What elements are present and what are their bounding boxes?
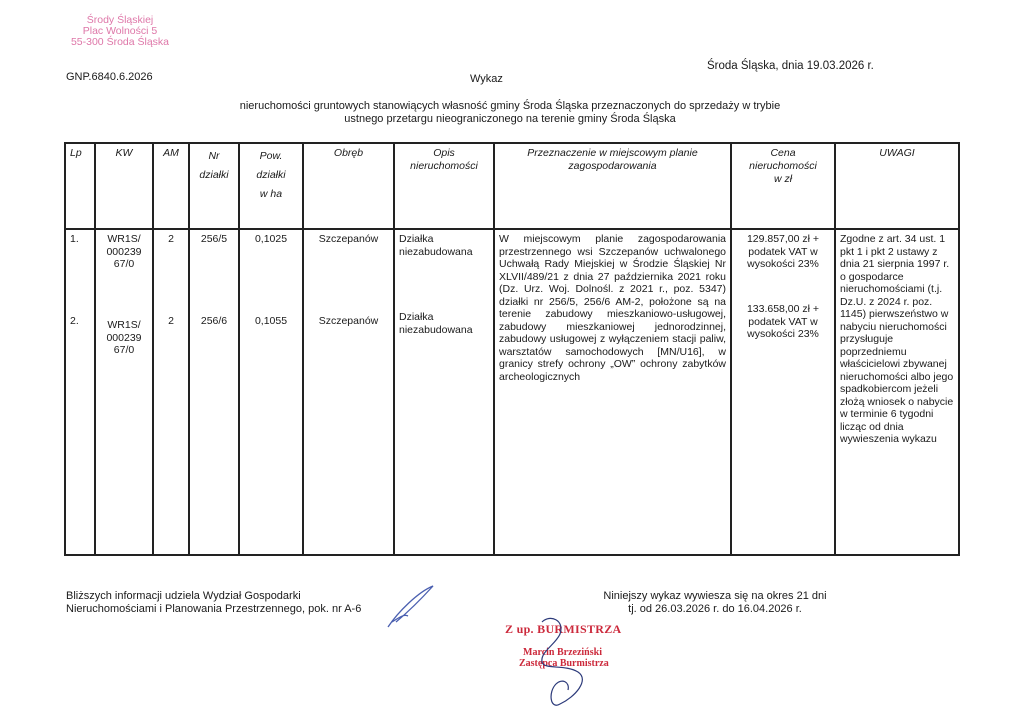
header-text: w zł bbox=[736, 173, 830, 186]
col-header-cena: Cena nieruchomości w zł bbox=[731, 143, 835, 229]
cell-lp: 1. 2. bbox=[65, 229, 95, 555]
row2-pow: 0,1055 bbox=[244, 315, 298, 328]
header-text: Opis bbox=[399, 147, 489, 160]
header-text: Pow. bbox=[244, 147, 298, 166]
col-header-powierzchnia: Pow. działki w ha bbox=[239, 143, 303, 229]
opis-line: Działka bbox=[399, 233, 489, 246]
cena-line: podatek VAT w bbox=[736, 246, 830, 259]
cena-line: 129.857,00 zł + bbox=[736, 233, 830, 246]
header-text: zagospodarowania bbox=[499, 160, 726, 173]
opis-line: Działka bbox=[399, 311, 489, 324]
col-header-uwagi: UWAGI bbox=[835, 143, 959, 229]
header-text: działki bbox=[194, 166, 234, 185]
header-text: nieruchomości bbox=[399, 160, 489, 173]
posting-period: Niniejszy wykaz wywiesza się na okres 21… bbox=[570, 590, 860, 616]
kw-part: 000239 bbox=[100, 246, 148, 259]
posting-period-line: Niniejszy wykaz wywiesza się na okres 21… bbox=[570, 590, 860, 603]
cena-line: podatek VAT w bbox=[736, 316, 830, 329]
col-header-nr-dzialki: Nr działki bbox=[189, 143, 239, 229]
cell-powierzchnia: 0,1025 0,1055 bbox=[239, 229, 303, 555]
cell-uwagi: Zgodne z art. 34 ust. 1 pkt 1 i pkt 2 us… bbox=[835, 229, 959, 555]
header-text: Przeznaczenie w miejscowym planie bbox=[499, 147, 726, 160]
property-table: Lp KW AM Nr działki Pow. działki w ha Ob… bbox=[64, 142, 960, 556]
row1-am: 2 bbox=[158, 233, 184, 315]
row2-opis: Działka niezabudowana bbox=[399, 311, 489, 336]
subtitle-line: nieruchomości gruntowych stanowiących wł… bbox=[200, 100, 820, 113]
subtitle-line: ustnego przetargu nieograniczonego na te… bbox=[200, 113, 820, 126]
row1-kw: WR1S/ 000239 67/0 bbox=[100, 233, 148, 315]
opis-line: niezabudowana bbox=[399, 246, 489, 259]
document-subtitle: nieruchomości gruntowych stanowiących wł… bbox=[200, 100, 820, 126]
kw-part: 67/0 bbox=[100, 258, 148, 271]
header-text: nieruchomości bbox=[736, 160, 830, 173]
row1-nr: 256/5 bbox=[194, 233, 234, 315]
header-text: Nr bbox=[194, 147, 234, 166]
row2-nr: 256/6 bbox=[194, 315, 234, 328]
kw-part: 67/0 bbox=[100, 344, 148, 357]
reference-number: GNP.6840.6.2026 bbox=[66, 71, 153, 83]
office-stamp: Środy Śląskiej Plac Wolności 5 55-300 Śr… bbox=[55, 15, 185, 48]
row1-lp: 1. bbox=[70, 233, 90, 315]
contact-info: Bliższych informacji udziela Wydział Gos… bbox=[66, 590, 361, 616]
posting-period-line: tj. od 26.03.2026 r. do 16.04.2026 r. bbox=[570, 603, 860, 616]
col-header-lp: Lp bbox=[65, 143, 95, 229]
kw-part: 000239 bbox=[100, 332, 148, 345]
signature-icon bbox=[520, 612, 610, 717]
place-date: Środa Śląska, dnia 19.03.2026 r. bbox=[707, 60, 874, 72]
col-header-kw: KW bbox=[95, 143, 153, 229]
row1-pow: 0,1025 bbox=[244, 233, 298, 315]
cell-obreb: Szczepanów Szczepanów bbox=[303, 229, 394, 555]
header-text: Cena bbox=[736, 147, 830, 160]
row2-kw: WR1S/ 000239 67/0 bbox=[100, 315, 148, 357]
kw-part: WR1S/ bbox=[100, 233, 148, 246]
initials-signature-icon bbox=[378, 582, 438, 632]
cell-nr-dzialki: 256/5 256/6 bbox=[189, 229, 239, 555]
row1-obreb: Szczepanów bbox=[308, 233, 389, 315]
table-row: 1. 2. WR1S/ 000239 67/0 WR1S/ 000239 67/… bbox=[65, 229, 959, 555]
row2-cena: 133.658,00 zł + podatek VAT w wysokości … bbox=[736, 303, 830, 341]
cena-line: wysokości 23% bbox=[736, 328, 830, 341]
table-header-row: Lp KW AM Nr działki Pow. działki w ha Ob… bbox=[65, 143, 959, 229]
header-text: w ha bbox=[244, 185, 298, 204]
cell-przeznaczenie: W miejscowym planie zagospodarowania prz… bbox=[494, 229, 731, 555]
kw-part: WR1S/ bbox=[100, 319, 148, 332]
cell-am: 2 2 bbox=[153, 229, 189, 555]
cell-opis: Działka niezabudowana Działka niezabudow… bbox=[394, 229, 494, 555]
cena-line: 133.658,00 zł + bbox=[736, 303, 830, 316]
document-title: Wykaz bbox=[470, 73, 503, 85]
office-stamp-line: 55-300 Środa Śląska bbox=[55, 37, 185, 48]
col-header-przeznaczenie: Przeznaczenie w miejscowym planie zagosp… bbox=[494, 143, 731, 229]
col-header-obreb: Obręb bbox=[303, 143, 394, 229]
col-header-opis: Opis nieruchomości bbox=[394, 143, 494, 229]
opis-line: niezabudowana bbox=[399, 324, 489, 337]
header-text: działki bbox=[244, 166, 298, 185]
cena-line: wysokości 23% bbox=[736, 258, 830, 271]
cell-kw: WR1S/ 000239 67/0 WR1S/ 000239 67/0 bbox=[95, 229, 153, 555]
row2-lp: 2. bbox=[70, 315, 90, 328]
contact-info-line: Bliższych informacji udziela Wydział Gos… bbox=[66, 590, 361, 603]
row2-am: 2 bbox=[158, 315, 184, 328]
contact-info-line: Nieruchomościami i Planowania Przestrzen… bbox=[66, 603, 361, 616]
col-header-am: AM bbox=[153, 143, 189, 229]
row1-opis: Działka niezabudowana bbox=[399, 233, 489, 315]
row2-obreb: Szczepanów bbox=[308, 315, 389, 328]
cell-cena: 129.857,00 zł + podatek VAT w wysokości … bbox=[731, 229, 835, 555]
